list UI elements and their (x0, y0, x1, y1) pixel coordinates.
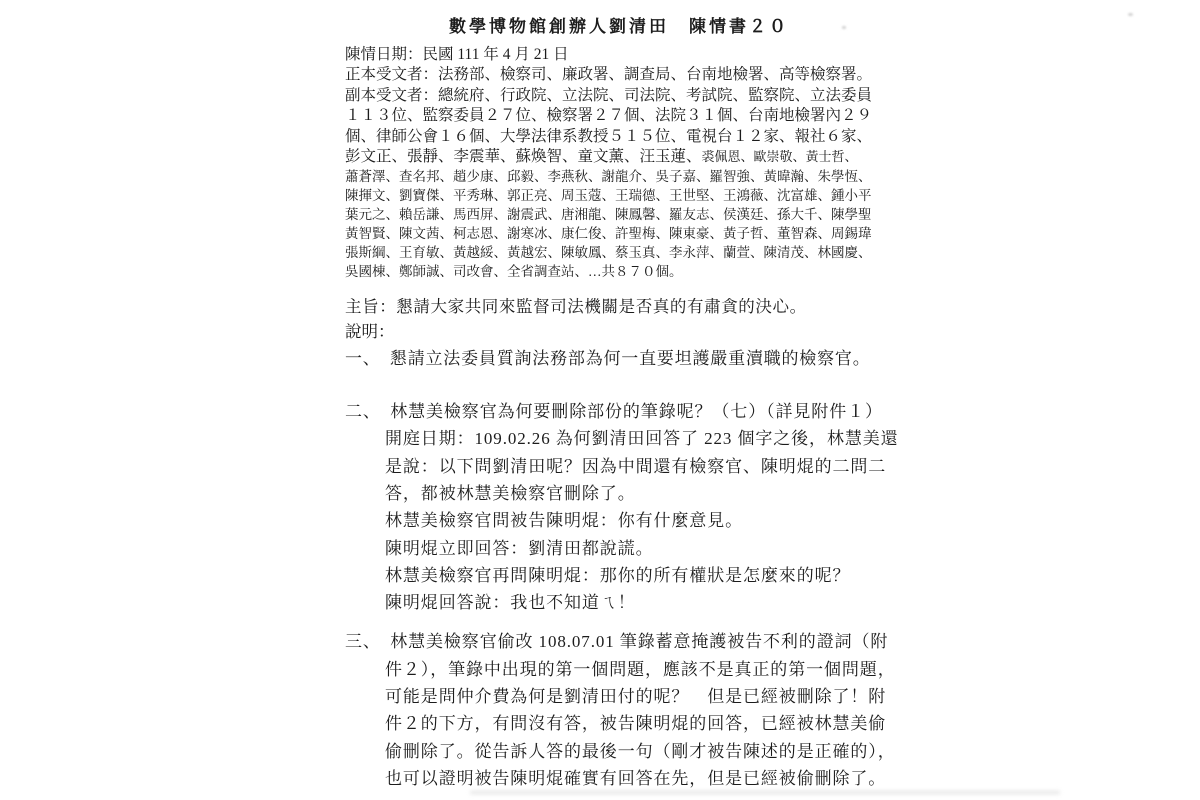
section-2: 二、 林慧美檢察官為何要刪除部份的筆錄呢？（七）（詳見附件１） 開庭日期：109… (345, 398, 893, 616)
primary-recipients-line: 正本受文者：法務部、檢察司、廉政署、調查局、台南地檢署、高等檢察署。 (345, 65, 893, 85)
section-3-line: 可能是問仲介費為何是劉清田付的呢？ 但是已經被刪除了！附 (385, 683, 893, 710)
explanation-label: 說明： (345, 319, 893, 344)
petition-date-line: 陳情日期：民國 111 年 4 月 21 日 (345, 45, 893, 65)
document-title: 數學博物館創辦人劉清田 陳情書２０ (345, 12, 893, 37)
section-2-line: 陳明焜回答說：我也不知道ㄟ！ (385, 589, 893, 616)
item-1-line: 一、 懇請立法委員質詢法務部為何一直要坦護嚴重瀆職的檢察官。 (345, 345, 893, 372)
names-large-part: 彭文正、張靜、李震華、蘇煥智、童文薰、汪玉蓮、 (345, 148, 702, 165)
names-line: 陳揮文、劉寶傑、平秀琳、郭正亮、周玉蔻、王瑞德、王世堅、王鴻薇、沈富雄、鍾小平 (345, 186, 893, 205)
subject-line: 主旨：懇請大家共同來監督司法機關是否真的有肅貪的決心。 (345, 294, 893, 319)
names-line-total: 吳國棟、鄭師誠、司改會、全省調查站、…共８７０個。 (345, 262, 893, 281)
section-2-line: 林慧美檢察官再問陳明焜：那你的所有權狀是怎麼來的呢？ (385, 562, 893, 589)
section-2-line: 答，都被林慧美檢察官刪除了。 (385, 480, 893, 507)
section-3: 三、 林慧美檢察官偷改 108.07.01 筆錄蓄意掩護被告不利的證詞（附 件２… (345, 628, 893, 792)
section-3-heading: 三、 林慧美檢察官偷改 108.07.01 筆錄蓄意掩護被告不利的證詞（附 (345, 628, 893, 655)
cc-recipients-line-3: 個、律師公會１６個、大學法律系教授５１５位、電視台１２家、報社６家、 (345, 127, 893, 147)
names-line: 黃智賢、陳文茜、柯志恩、謝寒冰、康仁俊、許聖梅、陳東豪、黃子哲、董智森、周錫瑋 (345, 224, 893, 243)
section-3-line: 件２的下方，有問沒有答，被告陳明焜的回答，已經被林慧美偷 (385, 710, 893, 737)
cc-recipients-line-2: １１３位、監察委員２７位、檢察署２７個、法院３１個、台南地檢署內２９ (345, 106, 893, 126)
names-line: 葉元之、賴岳謙、馬西屏、謝震武、唐湘龍、陳鳳馨、羅友志、侯漢廷、孫大千、陳學聖 (345, 205, 893, 224)
names-line: 蕭蒼澤、查名邦、趙少康、邱毅、李燕秋、謝龍介、吳子嘉、羅智強、黃暐瀚、朱學恆、 (345, 167, 893, 186)
section-2-line: 林慧美檢察官問被告陳明焜：你有什麼意見。 (385, 507, 893, 534)
names-line: 張斯綱、王育敏、黃越綏、黃越宏、陳敏鳳、蔡玉真、李永萍、蘭萱、陳清茂、林國慶、 (345, 243, 893, 262)
section-3-line: 偷刪除了。從告訴人答的最後一句（剛才被告陳述的是正確的）， (385, 738, 893, 765)
section-2-line: 開庭日期：109.02.26 為何劉清田回答了 223 個字之後，林慧美還 (385, 425, 893, 452)
document-page: 數學博物館創辦人劉清田 陳情書２０ 陳情日期：民國 111 年 4 月 21 日… (345, 8, 893, 792)
scan-artifact-speck (1128, 13, 1133, 16)
names-small-part: 裘佩恩、歐崇敬、黃士哲、 (702, 149, 858, 164)
section-2-line: 是說：以下問劉清田呢？因為中間還有檢察官、陳明焜的二問二 (385, 453, 893, 480)
section-2-line: 陳明焜立即回答：劉清田都說謊。 (385, 535, 893, 562)
section-3-line: 件２），筆錄中出現的第一個問題，應該不是真正的第一個問題， (385, 656, 893, 683)
cc-recipients-line-1: 副本受文者：總統府、行政院、立法院、司法院、考試院、監察院、立法委員 (345, 86, 893, 106)
scan-artifact-speck (842, 26, 846, 29)
section-3-line: 也可以證明被告陳明焜確實有回答在先，但是已經被偷刪除了。 (385, 765, 893, 792)
scan-artifact-smudge (470, 791, 1060, 794)
cc-recipients-line-4: 彭文正、張靜、李震華、蘇煥智、童文薰、汪玉蓮、裘佩恩、歐崇敬、黃士哲、 (345, 147, 893, 167)
section-2-heading: 二、 林慧美檢察官為何要刪除部份的筆錄呢？（七）（詳見附件１） (345, 398, 893, 425)
